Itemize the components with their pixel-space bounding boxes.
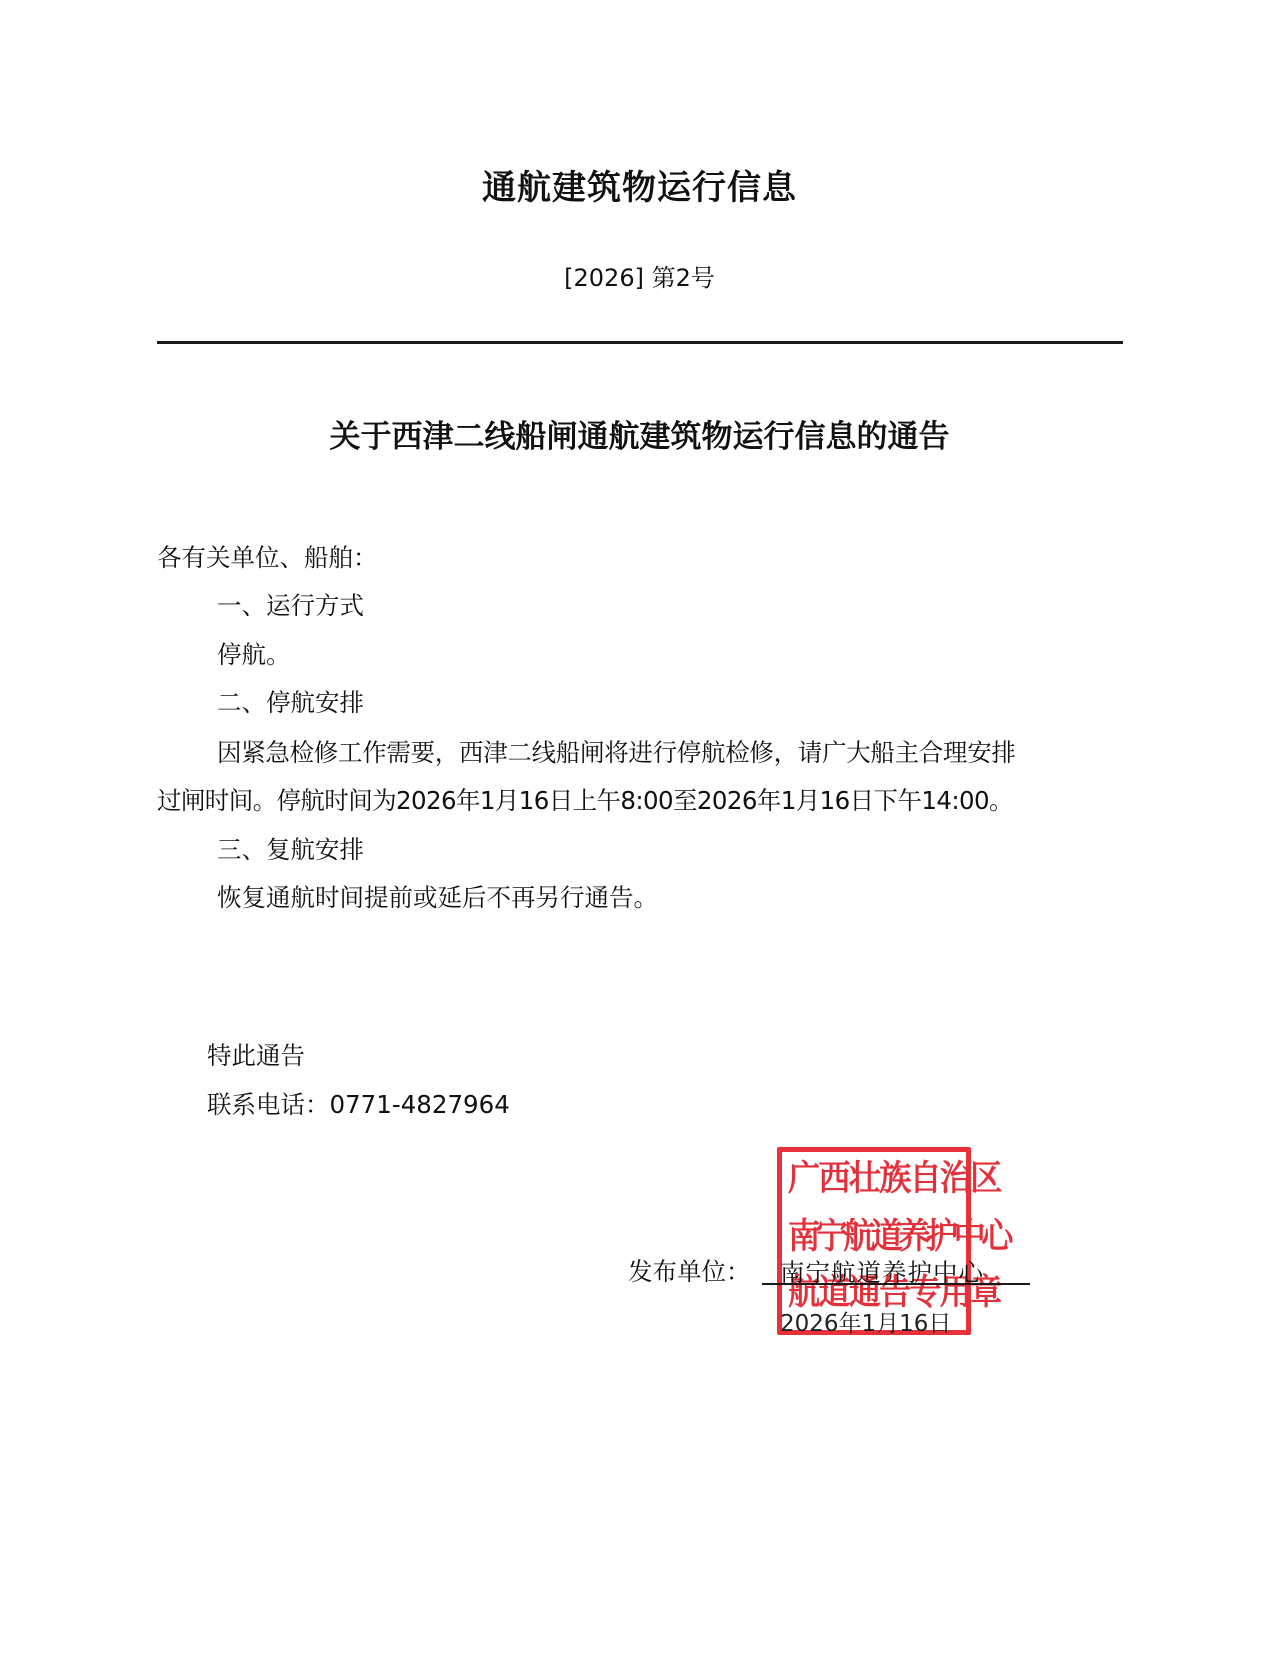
section-heading-2: 二、停航安排 <box>217 691 364 716</box>
document-title: 通航建筑物运行信息 <box>0 160 1279 209</box>
salutation: 各有关单位、船舶： <box>157 546 378 571</box>
section-heading-3: 三、复航安排 <box>217 838 364 863</box>
publisher-underline <box>762 1283 1030 1285</box>
publish-date: 2026年1月16日 <box>780 1305 951 1338</box>
stamp-line-2: 南宁航道养护中心 <box>788 1220 1009 1255</box>
document-number: [2026] 第2号 <box>0 258 1279 293</box>
closing-remark: 特此通告 <box>207 1037 305 1072</box>
stamp-line-1: 广西壮族自治区 <box>788 1162 1001 1197</box>
header-divider <box>157 341 1123 344</box>
section-content-1: 停航。 <box>217 643 291 668</box>
publisher-label: 发布单位： <box>628 1253 751 1288</box>
section-content-3: 恢复通航时间提前或延后不再另行通告。 <box>217 886 658 911</box>
section-heading-1: 一、运行方式 <box>217 594 364 619</box>
section-content-2-line2: 过闸时间。停航时间为2026年1月16日上午8:00至2026年1月16日下午1… <box>157 789 1013 814</box>
section-content-2-line1: 因紧急检修工作需要，西津二线船闸将进行停航检修，请广大船主合理安排 <box>217 741 1016 766</box>
contact-phone: 联系电话：0771-4827964 <box>207 1086 510 1121</box>
notice-title: 关于西津二线船闸通航建筑物运行信息的通告 <box>0 411 1279 456</box>
